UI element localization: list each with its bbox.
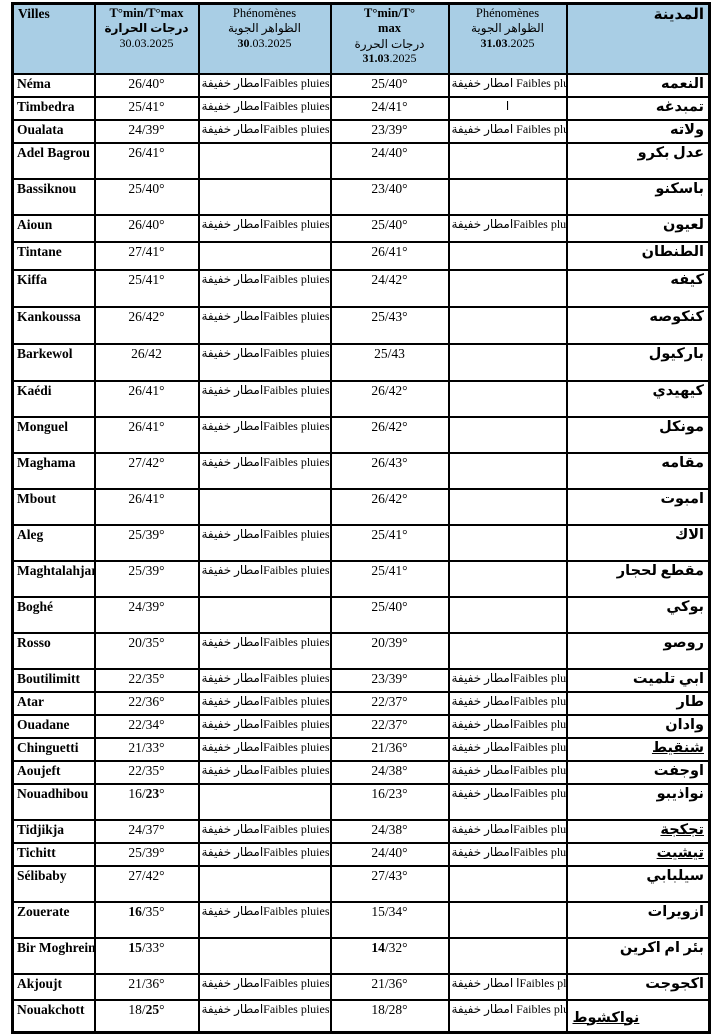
phenomena-30-03: امطار خفيفةFaibles pluies <box>199 1000 331 1032</box>
ville-name: Kaédi <box>13 381 95 417</box>
phenomena-31-03 <box>449 453 567 489</box>
header-phenomena-31-arabic: الظواهر الجوية <box>452 21 564 36</box>
city-name-arabic: النعمه <box>567 74 710 97</box>
city-name-arabic: مقطع لحجار <box>567 561 710 597</box>
phenomena-31-03: امطار خفيفةFaibles pluies <box>449 761 567 784</box>
city-row: Tidjikja 24/37° امطار خفيفةFaibles pluie… <box>13 820 710 843</box>
city-row: Sélibaby 27/42° 27/43° سيلبابي <box>13 866 710 902</box>
ville-name: Atar <box>13 692 95 715</box>
ville-name: Barkewol <box>13 344 95 381</box>
temp-pre: 23/39° <box>371 122 407 137</box>
city-name-arabic: باسكنو <box>567 179 710 215</box>
phenomena-31-03: امطار خفيفةFaibles pluies <box>449 692 567 715</box>
temp-pre: 26/42° <box>128 309 164 324</box>
city-name-arabic: اكجوجت <box>567 974 710 1000</box>
temp-pre: 24/38° <box>371 822 407 837</box>
weather-bulletin-page: Villes T°min/T°max درجات الحرارة 30.03.2… <box>0 0 720 1035</box>
temp-31-03: 26/42° <box>331 417 449 453</box>
ville-name: Nouakchott <box>13 1000 95 1032</box>
phenomena-31-03: امطار خفيفة Faibles pluies <box>449 120 567 143</box>
phenomena-31-03: امطار خفيفة ‎اFaibles pluies <box>449 974 567 1000</box>
city-name-arabic: الاك <box>567 525 710 561</box>
temp-pre: 25/41° <box>128 272 164 287</box>
temp-post: ° <box>159 786 164 801</box>
ville-name: Kiffa <box>13 270 95 307</box>
date-regular-part: 30.03.2025 <box>120 36 174 50</box>
ville-name: Rosso <box>13 633 95 669</box>
phenomena-31-03 <box>449 242 567 270</box>
city-name-arabic: تمبدغه <box>567 97 710 120</box>
city-name-arabic: طار <box>567 692 710 715</box>
temp-pre: 24/41° <box>371 99 407 114</box>
ville-name: Maghama <box>13 453 95 489</box>
phenomena-31-03: امطار خفيفة Faibles pluies <box>449 74 567 97</box>
city-name-arabic: سيلبابي <box>567 866 710 902</box>
header-temp-30-title: T°min/T°max <box>98 6 196 21</box>
city-name-arabic: عدل بكرو <box>567 143 710 179</box>
ville-name: Tintane <box>13 242 95 270</box>
city-name-arabic: لعيون <box>567 215 710 242</box>
temp-30-03: 26/41° <box>95 417 199 453</box>
city-row: Adel Bagrou 26/41° 24/40° عدل بكرو <box>13 143 710 179</box>
temp-30-03: 22/35° <box>95 669 199 692</box>
phenomena-31-03: امطار خفيفةFaibles pluies <box>449 784 567 820</box>
temp-pre: 26/43° <box>371 455 407 470</box>
temp-30-03: 24/37° <box>95 820 199 843</box>
temp-31-03: 18/28° <box>331 1000 449 1032</box>
temp-31-03: 23/39° <box>331 669 449 692</box>
phenomena-30-03 <box>199 866 331 902</box>
city-name-arabic: مقامه <box>567 453 710 489</box>
temp-31-03: 25/40° <box>331 74 449 97</box>
temp-31-03: 24/38° <box>331 820 449 843</box>
ville-name: Tidjikja <box>13 820 95 843</box>
city-name-arabic: شنقيط <box>567 738 710 761</box>
temp-pre: 22/37° <box>371 694 407 709</box>
date-bold-part: 30 <box>238 36 250 50</box>
ville-name: Boghé <box>13 597 95 633</box>
ville-name: Maghtalahjar <box>13 561 95 597</box>
temp-pre: 21/33° <box>128 740 164 755</box>
header-row: Villes T°min/T°max درجات الحرارة 30.03.2… <box>13 4 710 75</box>
ville-name: Monguel <box>13 417 95 453</box>
phenomena-30-03: امطار خفيفةFaibles pluies <box>199 561 331 597</box>
header-city-arabic: المدينة <box>567 4 710 75</box>
temp-pre: 20/39° <box>371 635 407 650</box>
phenomena-30-03: امطار خفيفةFaibles pluies <box>199 633 331 669</box>
temp-30-03: 22/34° <box>95 715 199 738</box>
temp-30-03: 27/42° <box>95 453 199 489</box>
temp-pre: 25/40° <box>371 599 407 614</box>
temp-pre: 22/36° <box>128 694 164 709</box>
temp-post: ° <box>159 1002 164 1017</box>
ville-name: Nouadhibou <box>13 784 95 820</box>
temp-pre: 25/41° <box>371 527 407 542</box>
ville-name: Zouerate <box>13 902 95 938</box>
phenomena-30-03: امطار خفيفةFaibles pluies <box>199 525 331 561</box>
temp-bold: 23 <box>146 786 160 801</box>
temp-post: /32° <box>385 940 408 955</box>
phenomena-30-03: امطار خفيفةFaibles pluies <box>199 120 331 143</box>
date-bold-part: 31.03 <box>363 51 390 65</box>
temp-31-03: 26/43° <box>331 453 449 489</box>
ville-name: Ouadane <box>13 715 95 738</box>
temp-pre: 22/34° <box>128 717 164 732</box>
temp-31-03: 14/32° <box>331 938 449 974</box>
city-name-arabic: وادان <box>567 715 710 738</box>
city-name-arabic: باركيول <box>567 344 710 381</box>
phenomena-30-03: امطار خفيفةFaibles pluies <box>199 738 331 761</box>
header-temp-30-arabic: درجات الحرارة <box>98 21 196 36</box>
temp-pre: 16/23° <box>371 786 407 801</box>
city-row: Bir Moghrein 15/33° 14/32° بئر ام اكرين <box>13 938 710 974</box>
city-row: Mbout 26/41° 26/42° امبوت <box>13 489 710 525</box>
ville-name: Sélibaby <box>13 866 95 902</box>
temp-pre: 24/38° <box>371 763 407 778</box>
temp-30-03: 27/42° <box>95 866 199 902</box>
phenomena-30-03: امطار خفيفةFaibles pluies <box>199 843 331 866</box>
header-temp-31-03: T°min/T° max درجات الحررة 31.03.2025 <box>331 4 449 75</box>
temp-pre: 27/43° <box>371 868 407 883</box>
ville-name: Bir Moghrein <box>13 938 95 974</box>
phenomena-31-03 <box>449 179 567 215</box>
temp-pre: 26/42 <box>131 346 162 361</box>
city-name-arabic: امبوت <box>567 489 710 525</box>
temp-31-03: 24/40° <box>331 143 449 179</box>
city-row: Barkewol 26/42 امطار خفيفةFaibles pluies… <box>13 344 710 381</box>
temp-pre: 26/41° <box>371 244 407 259</box>
ville-name: Akjoujt <box>13 974 95 1000</box>
temp-pre: 25/39° <box>128 527 164 542</box>
city-name-arabic: بوكي <box>567 597 710 633</box>
ville-name: Mbout <box>13 489 95 525</box>
temp-31-03: 21/36° <box>331 974 449 1000</box>
temp-31-03: 25/40° <box>331 597 449 633</box>
phenomena-31-03 <box>449 344 567 381</box>
temp-pre: 23/39° <box>371 671 407 686</box>
city-row: Tichitt 25/39° امطار خفيفةFaibles pluies… <box>13 843 710 866</box>
phenomena-30-03: امطار خفيفةFaibles pluies <box>199 453 331 489</box>
phenomena-30-03: امطار خفيفةFaibles pluies <box>199 307 331 344</box>
phenomena-30-03: امطار خفيفةFaibles pluies <box>199 97 331 120</box>
phenomena-31-03 <box>449 270 567 307</box>
temp-31-03: 24/40° <box>331 843 449 866</box>
phenomena-31-03 <box>449 417 567 453</box>
temp-pre: 26/41° <box>128 383 164 398</box>
phenomena-30-03: امطار خفيفةFaibles pluies <box>199 270 331 307</box>
temp-30-03: 26/42 <box>95 344 199 381</box>
temp-pre: 24/40° <box>371 145 407 160</box>
temp-bold: 14 <box>371 940 385 955</box>
phenomena-31-03: امطار خفيفة Faibles pluies <box>449 1000 567 1032</box>
phenomena-31-03 <box>449 307 567 344</box>
temp-pre: 27/41° <box>128 244 164 259</box>
city-row: Aioun 26/40° امطار خفيفةFaibles pluies 2… <box>13 215 710 242</box>
phenomena-31-03: امطار خفيفةFaibles pluies <box>449 820 567 843</box>
temp-31-03: 20/39° <box>331 633 449 669</box>
city-name-arabic: مونكل <box>567 417 710 453</box>
phenomena-31-03 <box>449 489 567 525</box>
phenomena-30-03 <box>199 242 331 270</box>
table-header: Villes T°min/T°max درجات الحرارة 30.03.2… <box>13 4 710 75</box>
phenomena-31-03: ا <box>449 97 567 120</box>
temp-pre: 22/37° <box>371 717 407 732</box>
city-row: Rosso 20/35° امطار خفيفةFaibles pluies 2… <box>13 633 710 669</box>
temp-pre: 15/34° <box>371 904 407 919</box>
phenomena-30-03 <box>199 784 331 820</box>
temp-30-03: 26/42° <box>95 307 199 344</box>
temp-pre: 26/41° <box>128 145 164 160</box>
temp-pre: 24/42° <box>371 272 407 287</box>
temp-pre: 27/42° <box>128 868 164 883</box>
city-row: Timbedra 25/41° امطار خفيفةFaibles pluie… <box>13 97 710 120</box>
temp-pre: 16/ <box>128 786 145 801</box>
phenomena-31-03: امطار خفيفةFaibles pluies <box>449 669 567 692</box>
ville-name: Timbedra <box>13 97 95 120</box>
ville-name: Kankoussa <box>13 307 95 344</box>
temp-31-03: 16/23° <box>331 784 449 820</box>
weather-table: Villes T°min/T°max درجات الحرارة 30.03.2… <box>11 2 711 1034</box>
temp-31-03: 26/41° <box>331 242 449 270</box>
city-row: Atar 22/36° امطار خفيفةFaibles pluies 22… <box>13 692 710 715</box>
phenomena-31-03 <box>449 561 567 597</box>
temp-31-03: 25/40° <box>331 215 449 242</box>
phenomena-30-03: امطار خفيفةFaibles pluies <box>199 692 331 715</box>
ville-name: Aoujeft <box>13 761 95 784</box>
temp-30-03: 21/33° <box>95 738 199 761</box>
city-name-arabic: كيفه <box>567 270 710 307</box>
city-row: Chinguetti 21/33° امطار خفيفةFaibles plu… <box>13 738 710 761</box>
temp-bold: 25 <box>146 1002 160 1017</box>
ville-name: Tichitt <box>13 843 95 866</box>
phenomena-30-03: امطار خفيفةFaibles pluies <box>199 902 331 938</box>
temp-30-03: 20/35° <box>95 633 199 669</box>
temp-pre: 25/41° <box>371 563 407 578</box>
temp-30-03: 16/35° <box>95 902 199 938</box>
city-name-arabic: نواذيبو <box>567 784 710 820</box>
temp-pre: 26/42° <box>371 419 407 434</box>
phenomena-31-03: امطار خفيفةFaibles pluies <box>449 843 567 866</box>
phenomena-30-03 <box>199 179 331 215</box>
city-name-arabic: كيهيدي <box>567 381 710 417</box>
phenomena-30-03: امطار خفيفةFaibles pluies <box>199 381 331 417</box>
temp-pre: 21/36° <box>371 976 407 991</box>
temp-pre: 26/40° <box>128 76 164 91</box>
phenomena-30-03 <box>199 938 331 974</box>
temp-31-03: 21/36° <box>331 738 449 761</box>
phenomena-31-03 <box>449 902 567 938</box>
city-name-arabic: بئر ام اكرين <box>567 938 710 974</box>
city-row: Bassiknou 25/40° 23/40° باسكنو <box>13 179 710 215</box>
city-name-arabic: ازويرات <box>567 902 710 938</box>
header-temp-31-date: 31.03.2025 <box>334 51 446 66</box>
temp-31-03: 26/42° <box>331 381 449 417</box>
city-name-arabic: ابي تلميت <box>567 669 710 692</box>
temp-pre: 18/28° <box>371 1002 407 1017</box>
temp-pre: 21/36° <box>128 976 164 991</box>
temp-30-03: 15/33° <box>95 938 199 974</box>
phenomena-31-03 <box>449 597 567 633</box>
ville-name: Aleg <box>13 525 95 561</box>
temp-31-03: 22/37° <box>331 692 449 715</box>
city-row: Oualata 24/39° امطار خفيفةFaibles pluies… <box>13 120 710 143</box>
temp-pre: 26/42° <box>371 383 407 398</box>
temp-30-03: 24/39° <box>95 597 199 633</box>
phenomena-30-03: امطار خفيفةFaibles pluies <box>199 761 331 784</box>
phenomena-30-03 <box>199 143 331 179</box>
city-name-arabic: تجكجة <box>567 820 710 843</box>
header-phenomena-30-03: Phénomènes الظواهر الجوية 30.03.2025 <box>199 4 331 75</box>
city-row: Maghama 27/42° امطار خفيفةFaibles pluies… <box>13 453 710 489</box>
temp-pre: 25/40° <box>371 76 407 91</box>
temp-30-03: 26/41° <box>95 381 199 417</box>
phenomena-30-03 <box>199 489 331 525</box>
temp-31-03: 25/43 <box>331 344 449 381</box>
temp-pre: 22/35° <box>128 763 164 778</box>
temp-bold: 15 <box>128 940 142 955</box>
ville-name: Aioun <box>13 215 95 242</box>
city-row: Tintane 27/41° 26/41° الطنطان <box>13 242 710 270</box>
phenomena-30-03 <box>199 597 331 633</box>
city-row: Nouakchott 18/25° امطار خفيفةFaibles plu… <box>13 1000 710 1032</box>
header-phenomena-30-date: 30.03.2025 <box>202 36 328 51</box>
temp-31-03: 27/43° <box>331 866 449 902</box>
temp-pre: 25/40° <box>371 217 407 232</box>
phenomena-30-03: امطار خفيفةFaibles pluies <box>199 417 331 453</box>
temp-31-03: 24/42° <box>331 270 449 307</box>
temp-30-03: 25/39° <box>95 561 199 597</box>
temp-31-03: 26/42° <box>331 489 449 525</box>
header-villes: Villes <box>13 4 95 75</box>
temp-pre: 25/43 <box>374 346 405 361</box>
temp-pre: 24/39° <box>128 599 164 614</box>
city-name-arabic: تيشيت <box>567 843 710 866</box>
phenomena-31-03 <box>449 866 567 902</box>
temp-30-03: 22/36° <box>95 692 199 715</box>
city-name-arabic: الطنطان <box>567 242 710 270</box>
city-row: Boghé 24/39° 25/40° بوكي <box>13 597 710 633</box>
header-temp-31-title-line1: T°min/T° <box>334 6 446 21</box>
temp-30-03: 27/41° <box>95 242 199 270</box>
phenomena-31-03: امطار خفيفةFaibles pluies <box>449 715 567 738</box>
phenomena-31-03 <box>449 525 567 561</box>
temp-pre: 23/40° <box>371 181 407 196</box>
city-row: Maghtalahjar 25/39° امطار خفيفةFaibles p… <box>13 561 710 597</box>
city-row: Zouerate 16/35° امطار خفيفةFaibles pluie… <box>13 902 710 938</box>
phenomena-31-03 <box>449 381 567 417</box>
temp-30-03: 26/41° <box>95 489 199 525</box>
temp-30-03: 25/39° <box>95 525 199 561</box>
header-temp-30-03: T°min/T°max درجات الحرارة 30.03.2025 <box>95 4 199 75</box>
ville-name: Oualata <box>13 120 95 143</box>
temp-30-03: 25/39° <box>95 843 199 866</box>
temp-31-03: 23/40° <box>331 179 449 215</box>
city-row: Ouadane 22/34° امطار خفيفةFaibles pluies… <box>13 715 710 738</box>
phenomena-30-03: امطار خفيفةFaibles pluies <box>199 669 331 692</box>
ville-name: Boutilimitt <box>13 669 95 692</box>
header-temp-31-title-line2: max <box>334 21 446 36</box>
phenomena-30-03: امطار خفيفةFaibles pluies <box>199 974 331 1000</box>
temp-30-03: 26/40° <box>95 215 199 242</box>
ville-name: Bassiknou <box>13 179 95 215</box>
header-phenomena-31-date: 31.03.2025 <box>452 36 564 51</box>
temp-30-03: 26/41° <box>95 143 199 179</box>
city-row: Monguel 26/41° امطار خفيفةFaibles pluies… <box>13 417 710 453</box>
temp-pre: 25/40° <box>128 181 164 196</box>
header-temp-30-date: 30.03.2025 <box>98 36 196 51</box>
phenomena-31-03 <box>449 143 567 179</box>
temp-pre: 26/42° <box>371 491 407 506</box>
date-regular-part: .2025 <box>390 51 417 65</box>
ville-name: Adel Bagrou <box>13 143 95 179</box>
city-name-arabic: كنكوصه <box>567 307 710 344</box>
header-phenomena-31-title: Phénomènes <box>452 6 564 21</box>
temp-31-03: 25/41° <box>331 525 449 561</box>
temp-30-03: 16/23° <box>95 784 199 820</box>
temp-post: /35° <box>142 904 165 919</box>
city-row: Néma 26/40° امطار خفيفةFaibles pluies 25… <box>13 74 710 97</box>
city-row: Aleg 25/39° امطار خفيفةFaibles pluies 25… <box>13 525 710 561</box>
phenomena-31-03 <box>449 938 567 974</box>
header-phenomena-31-03: Phénomènes الظواهر الجوية 31.03.2025 <box>449 4 567 75</box>
temp-30-03: 22/35° <box>95 761 199 784</box>
city-row: Kiffa 25/41° امطار خفيفةFaibles pluies 2… <box>13 270 710 307</box>
temp-pre: 24/39° <box>128 122 164 137</box>
temp-30-03: 25/41° <box>95 97 199 120</box>
city-name-arabic: روصو <box>567 633 710 669</box>
phenomena-30-03: امطار خفيفةFaibles pluies <box>199 344 331 381</box>
temp-pre: 26/41° <box>128 419 164 434</box>
temp-post: /33° <box>142 940 165 955</box>
city-row: Nouadhibou 16/23° 16/23° امطار خفيفةFaib… <box>13 784 710 820</box>
city-row: Aoujeft 22/35° امطار خفيفةFaibles pluies… <box>13 761 710 784</box>
temp-30-03: 25/41° <box>95 270 199 307</box>
city-row: Kaédi 26/41° امطار خفيفةFaibles pluies 2… <box>13 381 710 417</box>
temp-31-03: 23/39° <box>331 120 449 143</box>
temp-pre: 25/39° <box>128 845 164 860</box>
temp-31-03: 25/43° <box>331 307 449 344</box>
temp-pre: 25/39° <box>128 563 164 578</box>
phenomena-30-03: امطار خفيفةFaibles pluies <box>199 715 331 738</box>
city-row: Boutilimitt 22/35° امطار خفيفةFaibles pl… <box>13 669 710 692</box>
header-phenomena-30-arabic: الظواهر الجوية <box>202 21 328 36</box>
city-name-arabic: اوجفت <box>567 761 710 784</box>
temp-30-03: 24/39° <box>95 120 199 143</box>
city-name-arabic: نواكشوط <box>567 1000 710 1032</box>
phenomena-31-03: امطار خفيفةFaibles pluies <box>449 738 567 761</box>
phenomena-31-03: امطار خفيفةFaibles pluies <box>449 215 567 242</box>
city-name-arabic: ولاته <box>567 120 710 143</box>
temp-pre: 22/35° <box>128 671 164 686</box>
ville-name: Chinguetti <box>13 738 95 761</box>
header-phenomena-30-title: Phénomènes <box>202 6 328 21</box>
temp-pre: 25/43° <box>371 309 407 324</box>
phenomena-31-03 <box>449 633 567 669</box>
temp-30-03: 21/36° <box>95 974 199 1000</box>
ville-name: Néma <box>13 74 95 97</box>
temp-pre: 24/40° <box>371 845 407 860</box>
temp-30-03: 26/40° <box>95 74 199 97</box>
temp-31-03: 24/41° <box>331 97 449 120</box>
temp-pre: 18/ <box>128 1002 145 1017</box>
phenomena-30-03: امطار خفيفةFaibles pluies <box>199 820 331 843</box>
table-body: Néma 26/40° امطار خفيفةFaibles pluies 25… <box>13 74 710 1032</box>
temp-30-03: 25/40° <box>95 179 199 215</box>
temp-pre: 26/40° <box>128 217 164 232</box>
phenomena-30-03: امطار خفيفةFaibles pluies <box>199 74 331 97</box>
phenomena-30-03: امطار خفيفةFaibles pluies <box>199 215 331 242</box>
temp-31-03: 22/37° <box>331 715 449 738</box>
